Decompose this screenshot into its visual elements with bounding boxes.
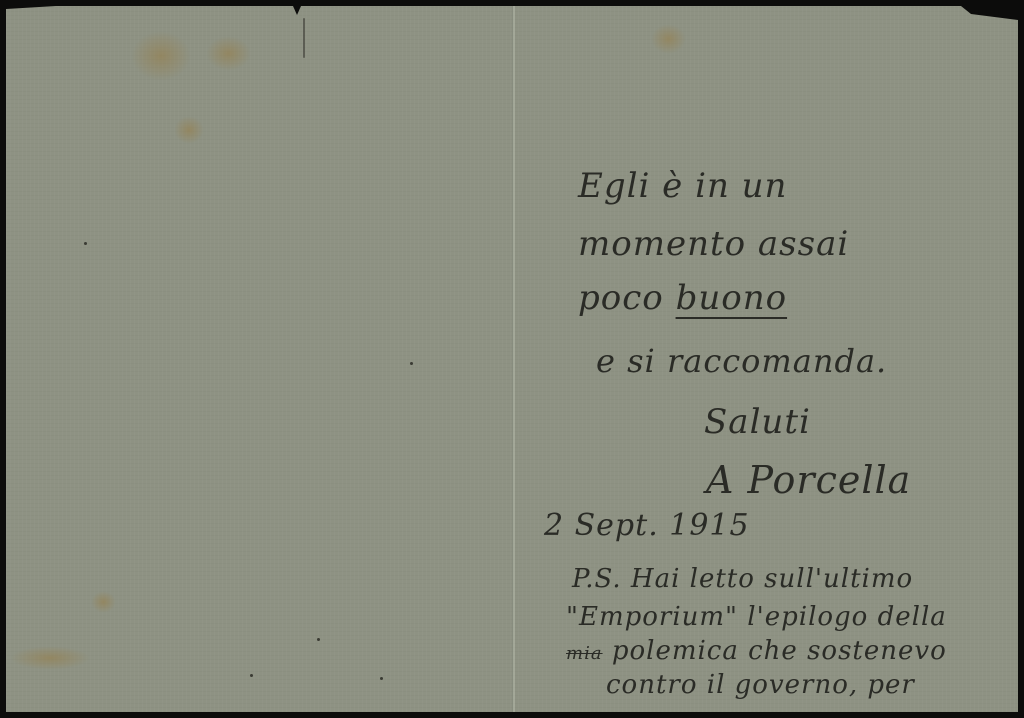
speck [317,638,320,641]
letter-words: polemica che sostenevo [612,636,947,666]
stain [174,116,204,144]
paper-notch [293,6,301,15]
stain [10,646,90,670]
postscript-line: mia polemica che sostenevo [566,636,947,666]
postscript-line: "Emporium" l'epilogo della [566,602,947,632]
stain [91,591,116,613]
speck [380,677,383,680]
speck [250,674,253,677]
letter-line: e si raccomanda. [596,342,887,380]
speck [84,242,87,245]
speck [410,362,413,365]
ink-mark [303,18,305,58]
underlined-word: buono [676,278,788,318]
closing-salutation: Saluti [704,402,811,442]
postscript-line: contro il governo, per [606,670,915,700]
letter-date: 2 Sept. 1915 [544,508,750,543]
letter-line: poco buono [578,278,787,318]
letter-sheet: Egli è in un momento assai poco buono e … [6,6,1018,712]
center-fold [512,6,515,712]
stain [206,36,251,71]
stain [131,31,191,81]
stain [651,24,686,54]
signature: A Porcella [706,458,911,502]
postscript-line: P.S. Hai letto sull'ultimo [572,564,913,594]
letter-line: Egli è in un [578,166,787,206]
letter-line: momento assai [578,224,849,264]
letter-word: poco [578,278,664,318]
struck-word: mia [566,643,603,664]
